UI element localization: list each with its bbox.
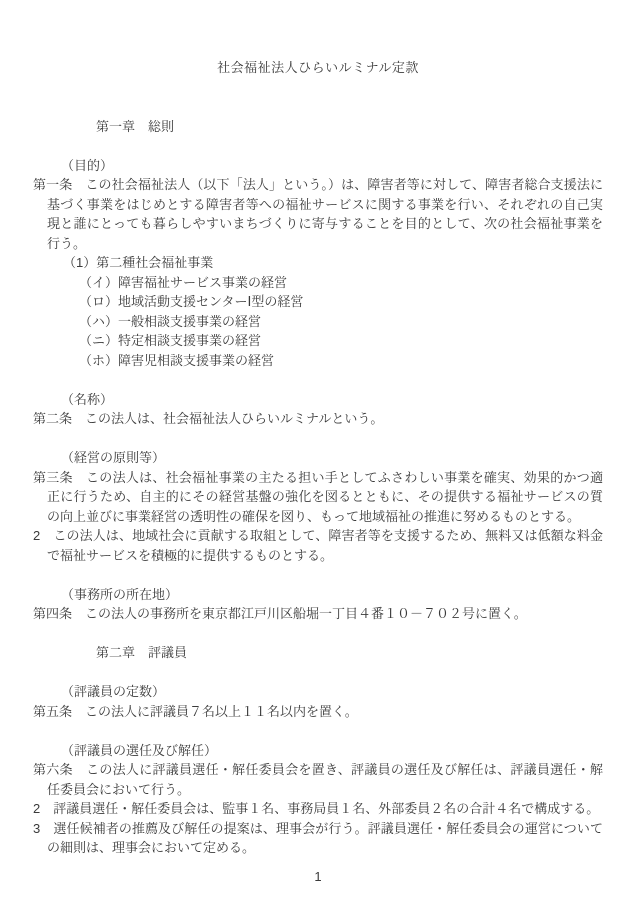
chapter-1-heading: 第一章 総則 [96,117,603,137]
section-label-councilor-appointment: （評議員の選任及び解任） [61,741,603,761]
article-6: 第六条 この法人に評議員選任・解任委員会を置き、評議員の選任及び解任は、評議員選… [33,760,603,799]
article-1-subitem-ni: （ニ）特定相談支援事業の経営 [79,331,603,351]
section-label-name: （名称） [61,390,603,410]
document-page: 社会福祉法人ひらいルミナル定款 第一章 総則 （目的） 第一条 この社会福祉法人… [0,0,636,900]
article-6-para-2: 2 評議員選任・解任委員会は、監事１名、事務局員１名、外部委員２名の合計４名で構… [33,799,603,819]
chapter-2-heading: 第二章 評議員 [96,643,603,663]
article-3-para-2: 2 この法人は、地域社会に貢献する取組として、障害者等を支援するため、無料又は低… [33,526,603,565]
section-label-principles: （経営の原則等） [61,448,603,468]
section-label-purpose: （目的） [61,156,603,176]
article-1-subitem-ho: （ホ）障害児相談支援事業の経営 [79,351,603,371]
page-number: 1 [0,867,636,887]
article-3: 第三条 この法人は、社会福祉事業の主たる担い手としてふさわしい事業を確実、効果的… [33,468,603,527]
document-title: 社会福祉法人ひらいルミナル定款 [33,58,603,78]
section-label-office: （事務所の所在地） [61,585,603,605]
article-4: 第四条 この法人の事務所を東京都江戸川区船堀一丁目４番１０－７０２号に置く。 [33,604,603,624]
section-label-councilor-count: （評議員の定数） [61,682,603,702]
article-2: 第二条 この法人は、社会福祉法人ひらいルミナルという。 [33,409,603,429]
article-1-subitem-ha: （ハ）一般相談支援事業の経営 [79,312,603,332]
article-1-subitem-ro: （ロ）地域活動支援センターⅠ型の経営 [79,292,603,312]
article-6-para-3: 3 選任候補者の推薦及び解任の提案は、理事会が行う。評議員選任・解任委員会の運営… [33,819,603,858]
article-1: 第一条 この社会福祉法人（以下「法人」という。）は、障害者等に対して、障害者総合… [33,175,603,253]
article-5: 第五条 この法人に評議員７名以上１１名以内を置く。 [33,702,603,722]
article-1-subitem-i: （イ）障害福祉サービス事業の経営 [79,273,603,293]
article-1-item-1: （1）第二種社会福祉事業 [63,253,603,273]
